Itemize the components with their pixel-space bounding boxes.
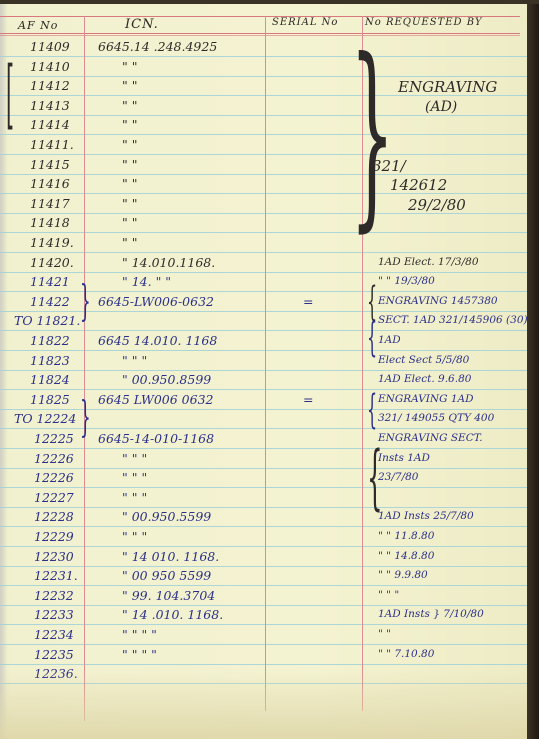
requested-by-note: (AD) (425, 100, 457, 114)
header-icn: ICN. (125, 18, 159, 31)
column-divider-afn (84, 16, 85, 721)
afn-number: TO 11821. (14, 315, 80, 328)
requested-by-note: 23/7/80 (378, 472, 418, 483)
requested-by-note: 1AD Elect. 17/3/80 (378, 257, 479, 268)
requested-by-note: " " " (378, 590, 399, 601)
serial-value: = (303, 296, 313, 309)
afn-number: 11420. (30, 257, 74, 270)
ruled-line (0, 468, 527, 469)
icn-value: " 14 010. 1168. (122, 551, 219, 564)
ruled-line (0, 585, 527, 586)
ruled-line (0, 134, 527, 135)
afn-number: 12235 (34, 649, 74, 662)
ruled-line (0, 644, 527, 645)
afn-number: 12226 (34, 453, 74, 466)
ruled-line (0, 526, 527, 527)
column-divider-icn (265, 16, 266, 711)
afn-number: 11417 (30, 198, 70, 211)
requested-by-note: 142612 (390, 178, 447, 193)
ruled-line (0, 507, 527, 508)
afn-number: 11411. (30, 139, 74, 152)
serial-value: = (303, 394, 313, 407)
afn-number: 11825 (30, 394, 70, 407)
icn-value: " " (122, 237, 137, 250)
requested-by-note: ENGRAVING SECT. (378, 433, 483, 444)
header-serial: SERIAL No (272, 18, 338, 28)
bracket-afn-11412-11414: [ (6, 58, 14, 133)
requested-by-note: " " 14.8.80 (378, 551, 434, 562)
afn-number: 11421 (30, 276, 70, 289)
requested-by-note: 1AD Insts } 7/10/80 (378, 609, 484, 620)
ruled-line (0, 566, 527, 567)
icn-value: 6645-14-010-1168 (98, 433, 214, 446)
ruled-line (0, 487, 527, 488)
requested-by-note: 1AD Insts 25/7/80 (378, 511, 474, 522)
icn-value: " " " (122, 492, 147, 505)
ruled-line (0, 389, 527, 390)
ruled-line (0, 174, 527, 175)
icn-value: " 00.950.5599 (122, 511, 211, 524)
ruled-line (0, 76, 527, 77)
header-bottom-rule-2 (0, 35, 520, 36)
icn-value: " 00 950 5599 (122, 570, 211, 583)
ruled-line (0, 252, 527, 253)
afn-number: 11422 (30, 296, 70, 309)
requested-by-note: ENGRAVING 1457380 (378, 296, 498, 307)
header-bottom-rule (0, 33, 520, 34)
icn-value: " " " " (122, 629, 157, 642)
requested-by-note: 321/ 149055 QTY 400 (378, 413, 494, 424)
requested-by-note: " " 11.8.80 (378, 531, 434, 542)
requested-by-note: ENGRAVING 1AD (378, 394, 474, 405)
icn-value: " " (122, 217, 137, 230)
page-bottom-stain (0, 669, 527, 739)
afn-number: 11415 (30, 159, 70, 172)
icn-value: " " (122, 159, 137, 172)
requested-by-note: 1AD Elect. 9.6.80 (378, 374, 471, 385)
afn-number: 11409 (30, 41, 70, 54)
brace-range-11825: } (80, 396, 91, 438)
afn-number: 12231. (34, 570, 78, 583)
afn-number: 11416 (30, 178, 70, 191)
icn-value: 6645-LW006-0632 (98, 296, 214, 309)
icn-value: " " (122, 61, 137, 74)
icn-value: 6645 LW006 0632 (98, 394, 214, 407)
requested-by-note: Insts 1AD (378, 453, 430, 464)
afn-number: 11413 (30, 100, 70, 113)
ruled-line (0, 115, 527, 116)
icn-value: " " (122, 100, 137, 113)
afn-number: 11414 (30, 119, 70, 132)
icn-value: " 14. " " (122, 276, 171, 289)
afn-number: 12230 (34, 551, 74, 564)
afn-number: 11419. (30, 237, 74, 250)
ruled-line (0, 56, 527, 57)
requested-by-note: " " 9.9.80 (378, 570, 428, 581)
icn-value: " " (122, 198, 137, 211)
icn-value: 6645 14.010. 1168 (98, 335, 217, 348)
brace-elect-sect: { (367, 318, 377, 358)
requested-by-note: SECT. 1AD 321/145906 (30) (378, 315, 527, 326)
ruled-line (0, 370, 527, 371)
brace-range-11422: } (80, 280, 91, 322)
afn-number: TO 12224 (14, 413, 76, 426)
icn-value: " " (122, 80, 137, 93)
page-top-edge (0, 0, 539, 4)
afn-number: 11410 (30, 61, 70, 74)
afn-number: 11412 (30, 80, 70, 93)
ruled-line (0, 350, 527, 351)
afn-number: 12229 (34, 531, 74, 544)
ruled-line (0, 448, 527, 449)
requested-by-note: ENGRAVING (398, 80, 497, 95)
afn-number: 11822 (30, 335, 70, 348)
icn-value: " 14 .010. 1168. (122, 609, 223, 622)
icn-value: " " " " (122, 649, 157, 662)
ruled-line (0, 272, 527, 273)
icn-value: 6645.14 .248.4925 (98, 41, 217, 54)
brace-engraving-group: } (350, 34, 395, 234)
ruled-line (0, 154, 527, 155)
requested-by-note: Elect Sect 5/5/80 (378, 355, 469, 366)
afn-number: 11824 (30, 374, 70, 387)
ledger-page: AF No ICN. SERIAL No No REQUESTED BY 114… (0, 0, 527, 739)
icn-value: " " (122, 119, 137, 132)
afn-number: 12227 (34, 492, 74, 505)
requested-by-note: " " 7.10.80 (378, 649, 434, 660)
icn-value: " 00.950.8599 (122, 374, 211, 387)
afn-number: 12234 (34, 629, 74, 642)
ruled-line (0, 330, 527, 331)
ruled-line (0, 605, 527, 606)
afn-number: 12228 (34, 511, 74, 524)
afn-number: 12232 (34, 590, 74, 603)
icn-value: " 14.010.1168. (122, 257, 215, 270)
ruled-line (0, 232, 527, 233)
icn-value: " " " (122, 531, 147, 544)
ruled-line (0, 193, 527, 194)
icn-value: " " " (122, 355, 147, 368)
afn-number: 12226 (34, 472, 74, 485)
header-afn: AF No (18, 20, 58, 31)
ruled-line (0, 664, 527, 665)
brace-insts: { (367, 442, 383, 512)
icn-value: " " " (122, 472, 147, 485)
brace-engraving-1ad: { (367, 390, 377, 430)
icn-value: " " (122, 178, 137, 191)
requested-by-note: 1AD (378, 335, 401, 346)
book-binding (527, 0, 539, 739)
requested-by-note: " " (378, 629, 391, 640)
icn-value: " 99. 104.3704 (122, 590, 215, 603)
icn-value: " " (122, 139, 137, 152)
afn-number: 11418 (30, 217, 70, 230)
requested-by-note: 29/2/80 (408, 198, 466, 213)
afn-number: 12225 (34, 433, 74, 446)
ruled-line (0, 546, 527, 547)
icn-value: " " " (122, 453, 147, 466)
ruled-line (0, 624, 527, 625)
afn-number: 12233 (34, 609, 74, 622)
requested-by-note: " " 19/3/80 (378, 276, 435, 287)
afn-number: 11823 (30, 355, 70, 368)
